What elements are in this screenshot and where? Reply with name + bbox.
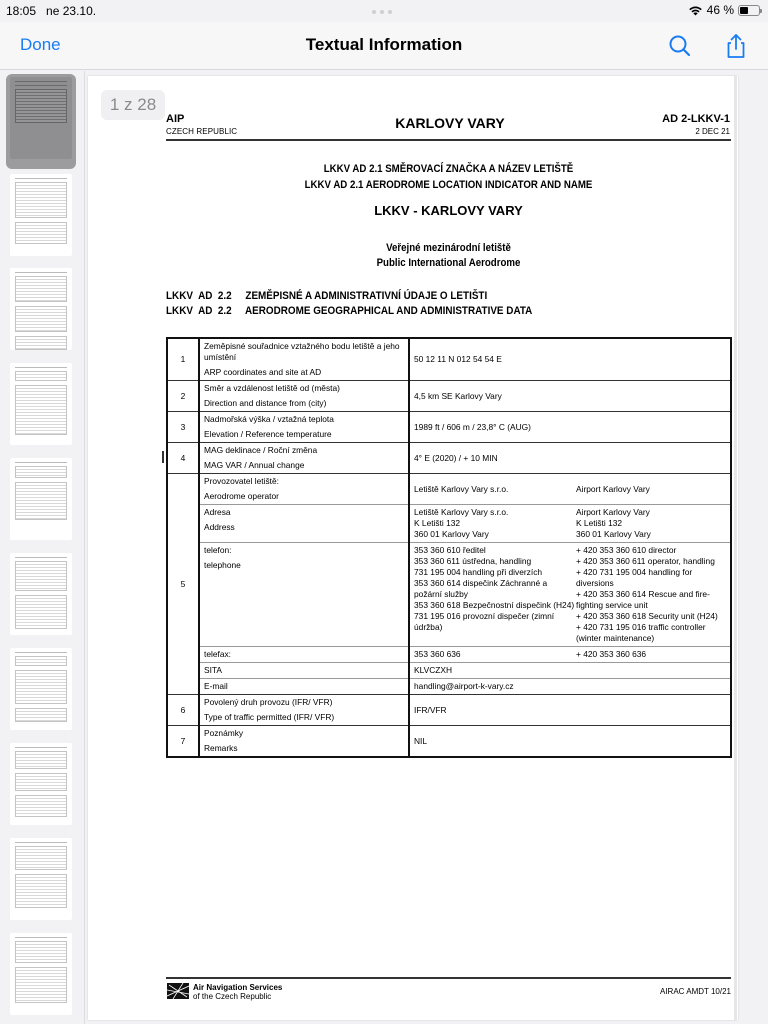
row-number: 1 [167,338,199,381]
row-label: Nadmořská výška / vztažná teplotaElevati… [199,412,409,443]
page-counter: 1 z 28 [101,90,165,120]
header-page-code: AD 2-LKKV-1 [662,113,730,125]
section-22-heading-cz: LKKV AD 2.2 ZEMĚPISNÉ A ADMINISTRATIVNÍ … [166,290,487,302]
text-cursor [162,451,164,463]
thumbnail-page-2[interactable] [10,174,72,256]
label-en: Elevation / Reference temperature [204,429,404,440]
sidebar-divider [84,71,85,1024]
row-value: 1989 ft / 606 m / 23,8° C (AUG) [409,412,731,443]
ans-cr-logo-icon [167,983,189,999]
table-row-telephone: telefon:telephone 353 360 610 ředitel353… [167,543,731,647]
thumbnail-page-1[interactable] [10,77,72,159]
thumbnail-page-9[interactable] [10,838,72,920]
thumbnail-page-10[interactable] [10,933,72,1015]
share-icon[interactable] [722,32,750,60]
row-label: Zeměpisné souřadnice vztažného bodu leti… [199,338,409,381]
row-number: 4 [167,443,199,474]
row-value: 50 12 11 N 012 54 54 E [409,338,731,381]
table-row: 3 Nadmořská výška / vztažná teplotaEleva… [167,412,731,443]
row-value: 4,5 km SE Karlovy Vary [409,381,731,412]
header-date: 2 DEC 21 [695,127,730,136]
table-row: 6 Povolený druh provozu (IFR/ VFR)Type o… [167,695,731,726]
label-cz: Směr a vzdálenost letiště od (města) [204,383,404,394]
multitasking-grabber[interactable] [372,10,396,14]
row-number: 5 [167,474,199,695]
table-row: 7 PoznámkyRemarks NIL [167,726,731,758]
row-value: 4° E (2020) / + 10 MIN [409,443,731,474]
label-cz: Zeměpisné souřadnice vztažného bodu leti… [204,341,404,363]
section-22-heading-en: LKKV AD 2.2 AERODROME GEOGRAPHICAL AND A… [166,305,532,317]
wifi-icon [688,5,703,16]
done-button[interactable]: Done [20,35,61,55]
status-time: 18:05 ne 23.10. [6,4,96,18]
label-cz: MAG deklinace / Roční změna [204,445,404,456]
aerodrome-type-en: Public International Aerodrome [200,257,697,269]
email-link[interactable]: handling@airport-k-vary.cz [409,679,731,695]
row-label: PoznámkyRemarks [199,726,409,758]
aerodrome-name: LKKV - KARLOVY VARY [166,203,731,218]
table-row-operator: 5 Provozovatel letiště:Aerodrome operato… [167,474,731,505]
row-number: 7 [167,726,199,758]
row-label: Povolený druh provozu (IFR/ VFR)Type of … [199,695,409,726]
row-number: 2 [167,381,199,412]
nav-bar: Done Textual Information [0,22,768,70]
label-cz: Nadmořská výška / vztažná teplota [204,414,404,425]
page-title: Textual Information [0,35,768,55]
thumbnail-page-3[interactable] [10,268,72,350]
table-row: 4 MAG deklinace / Roční změnaMAG VAR / A… [167,443,731,474]
thumbnail-page-5[interactable] [10,458,72,540]
table-row-address: AdresaAddress Letiště Karlovy Vary s.r.o… [167,505,731,543]
battery-percent: 46 % [707,3,734,17]
footer-org-line2: of the Czech Republic [193,992,271,1001]
row-label: Směr a vzdálenost letiště od (města)Dire… [199,381,409,412]
row-number: 3 [167,412,199,443]
row-number: 6 [167,695,199,726]
table-row: 1 Zeměpisné souřadnice vztažného bodu le… [167,338,731,381]
battery-icon [738,5,760,16]
label-en: ARP coordinates and site at AD [204,367,404,378]
thumbnail-page-8[interactable] [10,743,72,825]
header-rule [166,139,731,141]
row-label: MAG deklinace / Roční změnaMAG VAR / Ann… [199,443,409,474]
table-row-email: E-mail handling@airport-k-vary.cz [167,679,731,695]
footer-amendment: AIRAC AMDT 10/21 [660,987,731,996]
header-aip: AIP [166,113,184,125]
status-bar: 18:05 ne 23.10. 46 % [0,0,768,22]
section-21-heading-cz: LKKV AD 2.1 SMĚROVACÍ ZNAČKA A NÁZEV LET… [200,163,697,175]
search-icon[interactable] [666,32,694,60]
section-21-heading-en: LKKV AD 2.1 AERODROME LOCATION INDICATOR… [200,179,697,191]
thumbnail-page-4[interactable] [10,363,72,445]
table-row-sita: SITA KLVCZXH [167,663,731,679]
header-aerodrome-title: KARLOVY VARY [300,115,600,131]
footer-org-line1: Air Navigation Services [193,983,282,992]
label-en: Direction and distance from (city) [204,398,404,409]
table-row-telefax: telefax: 353 360 636+ 420 353 360 636 [167,647,731,663]
row-value: IFR/VFR [409,695,731,726]
scrollbar[interactable] [734,76,737,1020]
thumbnail-page-6[interactable] [10,553,72,635]
header-country: CZECH REPUBLIC [166,127,237,136]
label-en: MAG VAR / Annual change [204,460,404,471]
row-value: NIL [409,726,731,758]
table-row: 2 Směr a vzdálenost letiště od (města)Di… [167,381,731,412]
thumbnail-sidebar[interactable] [0,71,84,1024]
thumbnail-page-7[interactable] [10,648,72,730]
footer-rule [166,977,731,979]
aerodrome-type-cz: Veřejné mezinárodní letiště [200,242,697,254]
aerodrome-data-table: 1 Zeměpisné souřadnice vztažného bodu le… [166,337,732,758]
